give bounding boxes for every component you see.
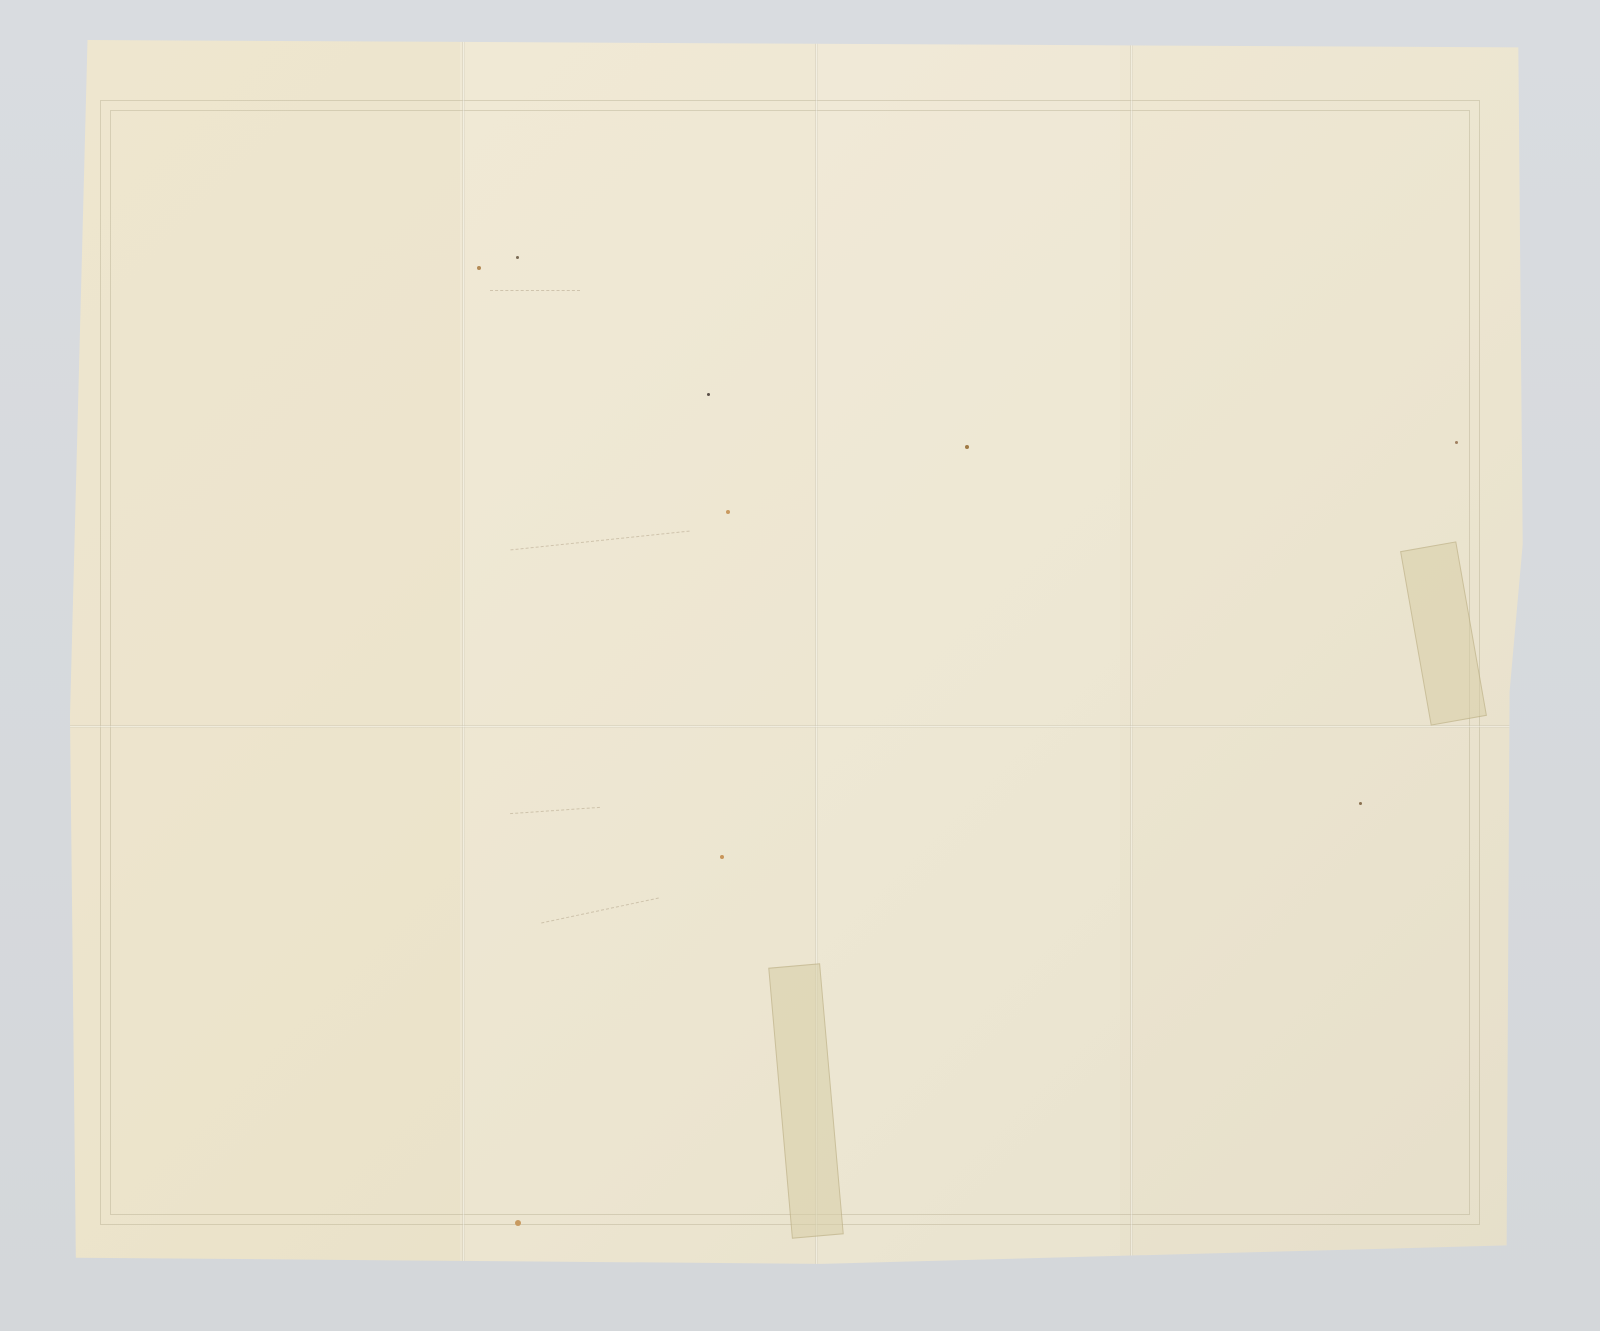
foxing-spot [515,1220,521,1226]
foxing-spot [516,256,519,259]
foxing-spot [707,393,710,396]
map-sheet-reverse [70,40,1530,1270]
map-line-showthrough [490,290,580,291]
fold-crease-vertical-3 [1130,40,1133,1270]
foxing-spot [1455,441,1458,444]
foxing-spot [477,266,481,270]
fold-crease-horizontal [70,725,1530,728]
fold-crease-vertical-1 [462,40,465,1270]
foxing-spot [720,855,724,859]
photo-background [0,0,1600,1331]
foxing-spot [965,445,969,449]
foxing-spot [726,510,730,514]
foxing-spot [1359,802,1362,805]
